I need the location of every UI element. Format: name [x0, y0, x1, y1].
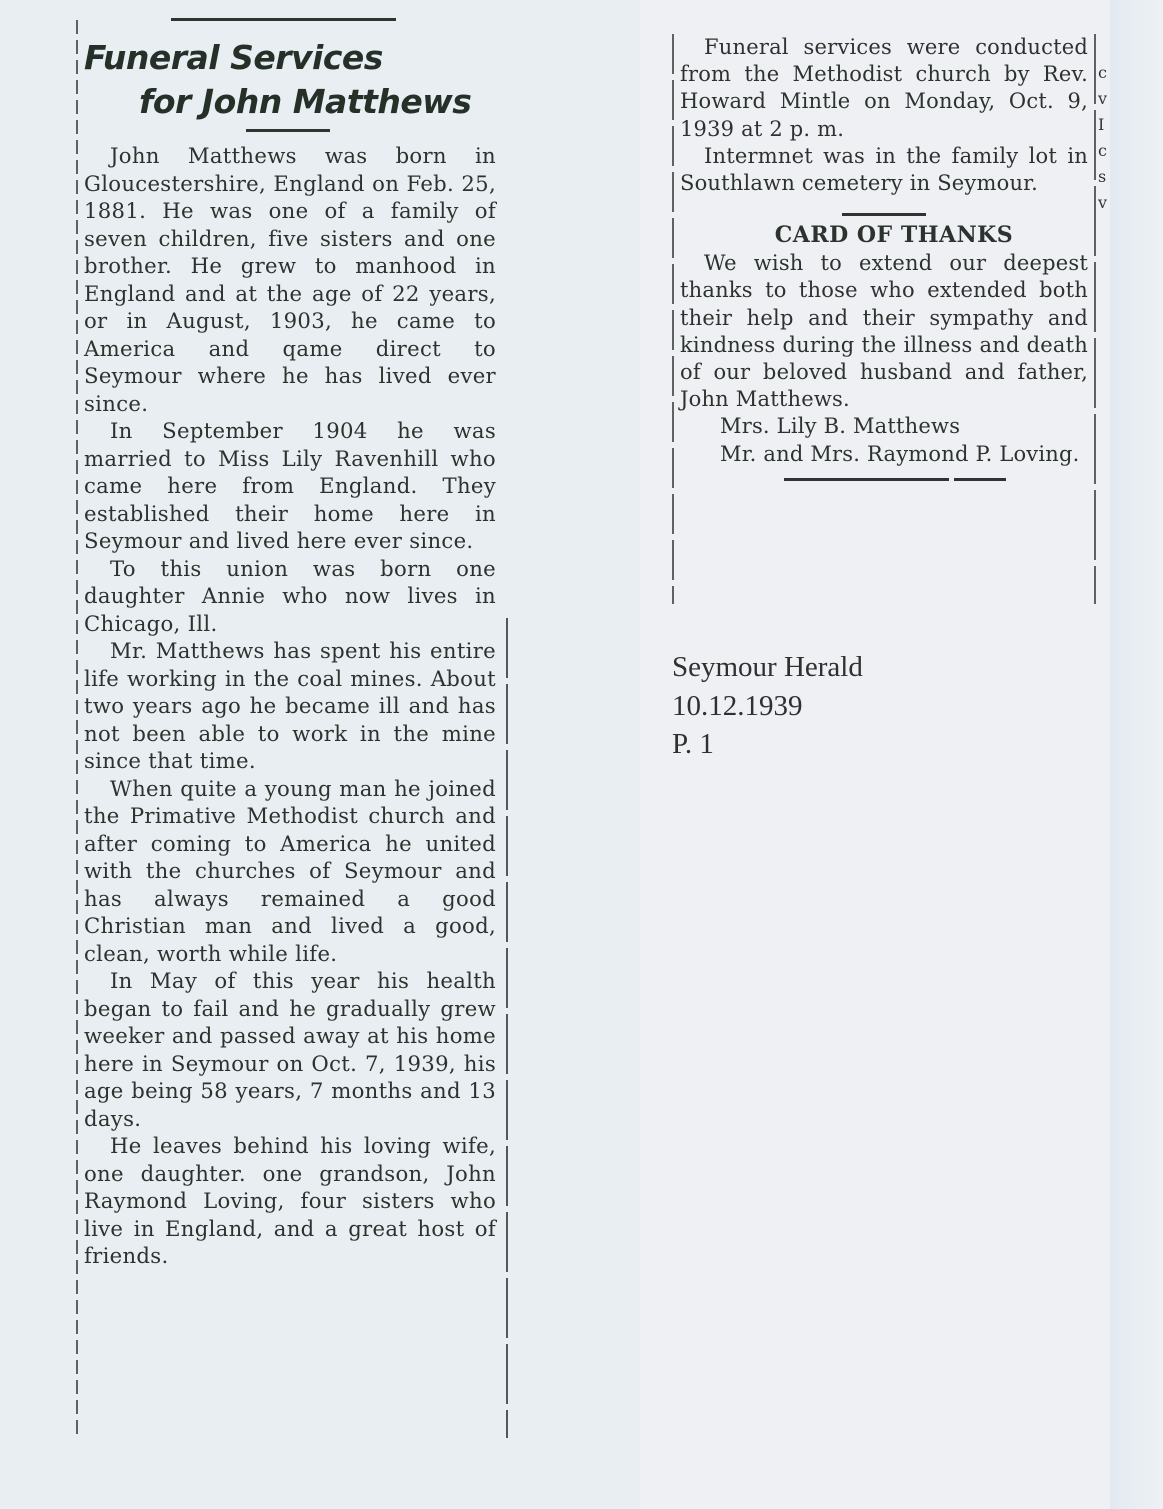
fragment-letter: c — [1098, 60, 1108, 86]
column-rule-left — [76, 20, 78, 1440]
obituary-paragraph: He leaves behind his loving wife, one da… — [84, 1132, 496, 1270]
column-rule-left — [672, 34, 674, 604]
fragment-letter: v — [1098, 86, 1108, 112]
services-paragraph: Funeral services were conducted from the… — [680, 34, 1088, 143]
card-of-thanks-title: CARD OF THANKS — [700, 220, 1088, 250]
services-text: Funeral services were conducted from the… — [680, 34, 1088, 481]
headline-line-1: Funeral Services — [84, 38, 383, 77]
column-rule-right — [506, 618, 508, 1438]
column-rule-right — [1094, 34, 1096, 604]
obituary-headline: Funeral Services for John Matthews — [84, 36, 504, 124]
obituary-clipping: Funeral Services for John Matthews John … — [76, 18, 508, 1443]
headline-rule — [246, 129, 330, 132]
services-clipping: Funeral services were conducted from the… — [672, 34, 1096, 604]
fragment-letter: c — [1098, 138, 1108, 164]
fragment-letter: I — [1098, 112, 1108, 138]
signer: Mr. and Mrs. Raymond P. Loving. — [720, 441, 1088, 468]
card-of-thanks-body: We wish to extend our deepest thanks to … — [680, 250, 1088, 413]
fragment-letter: s — [1098, 164, 1108, 190]
end-rule — [784, 478, 1006, 481]
fragment-letter: v — [1098, 190, 1108, 216]
obituary-paragraph: When quite a young man he joined the Pri… — [84, 775, 496, 968]
services-paragraph: Intermnet was in the family lot in South… — [680, 143, 1088, 197]
obituary-body: John Matthews was born in Gloucestershir… — [84, 142, 496, 1270]
obituary-paragraph: In May of this year his health began to … — [84, 967, 496, 1132]
publication-date: 10.12.1939 — [672, 687, 863, 726]
obituary-paragraph: Mr. Matthews has spent his entire life w… — [84, 637, 496, 775]
obituary-paragraph: John Matthews was born in Gloucestershir… — [84, 142, 496, 417]
top-rule — [171, 18, 396, 21]
page-number: P. 1 — [672, 725, 863, 764]
newspaper-name: Seymour Herald — [672, 648, 863, 687]
obituary-paragraph: To this union was born one daughter Anni… — [84, 555, 496, 638]
signers: Mrs. Lily B. Matthews Mr. and Mrs. Raymo… — [680, 413, 1088, 467]
obituary-paragraph: In September 1904 he was married to Miss… — [84, 417, 496, 555]
section-rule — [842, 213, 926, 216]
adjacent-column-fragment: c v I c s v — [1098, 60, 1108, 216]
source-citation: Seymour Herald 10.12.1939 P. 1 — [672, 648, 863, 764]
headline-line-2: for John Matthews — [84, 80, 504, 124]
scan-edge — [1110, 0, 1163, 1509]
signer: Mrs. Lily B. Matthews — [720, 413, 1088, 440]
